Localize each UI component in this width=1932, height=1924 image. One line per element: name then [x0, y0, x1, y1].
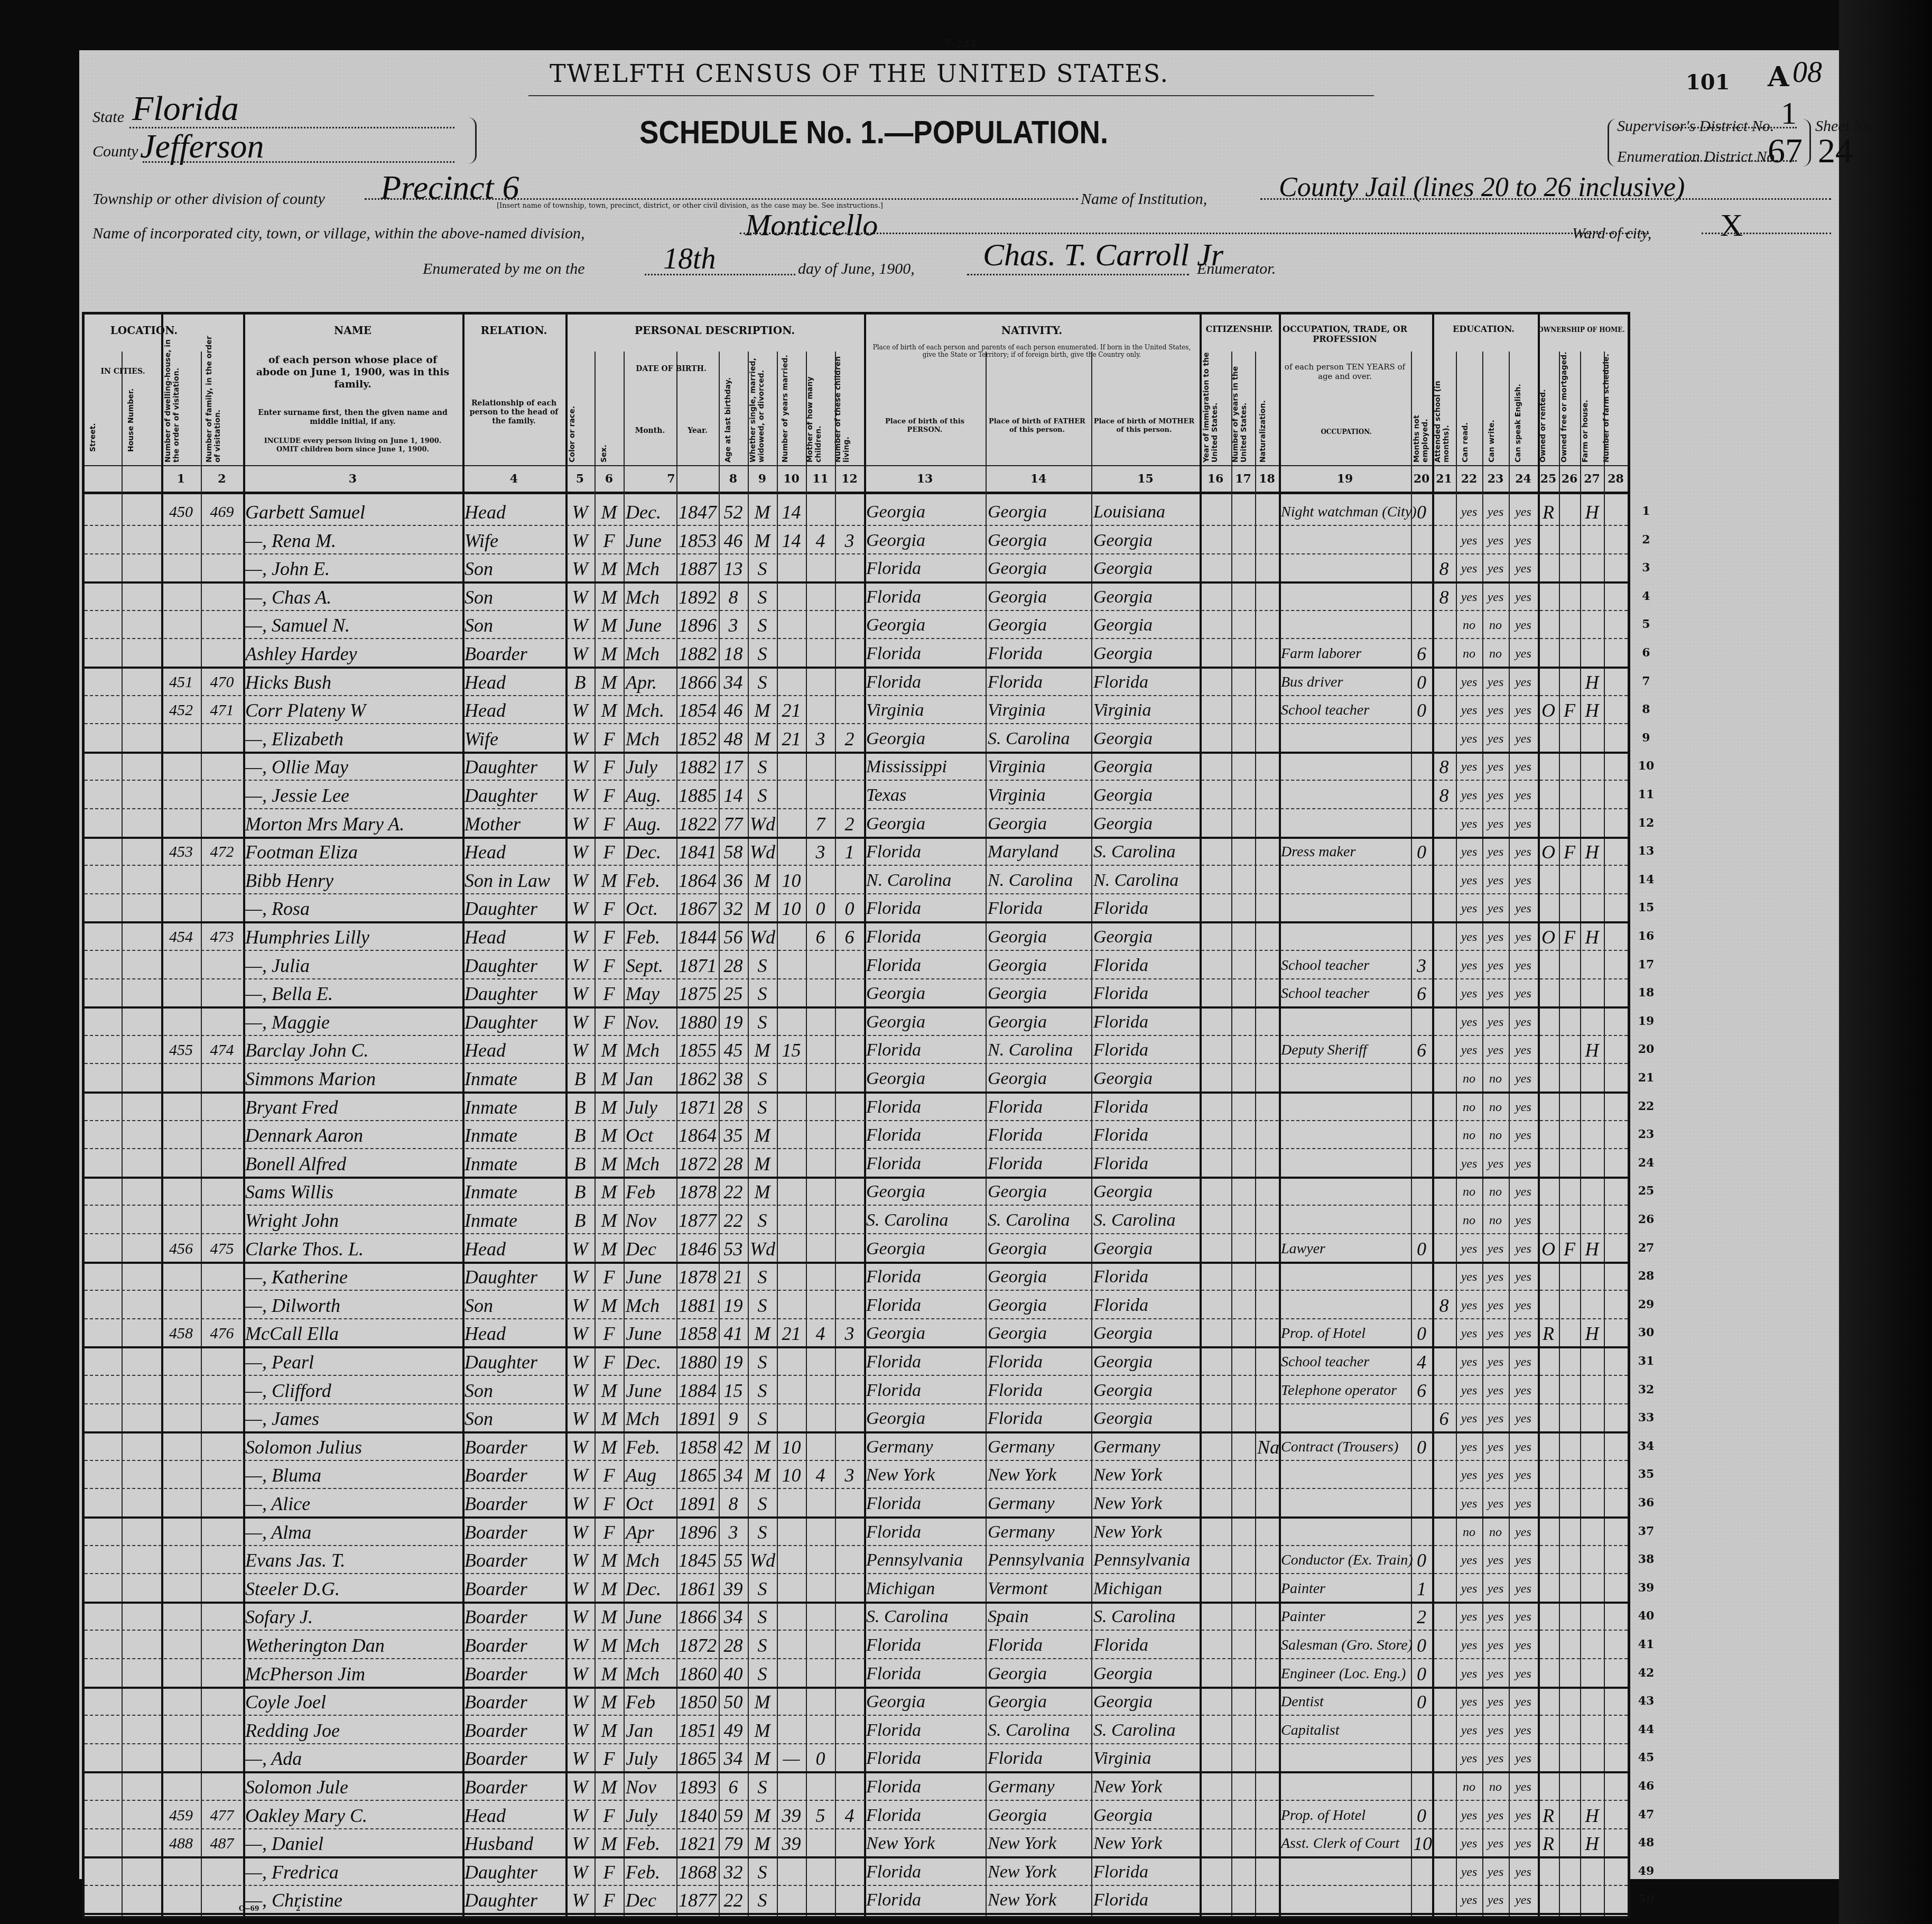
cell-family [203, 553, 241, 581]
cell-living [837, 1432, 862, 1460]
cell-school [1434, 1885, 1454, 1913]
cell-yrs-us [1233, 1403, 1253, 1431]
cell-name: Redding Joe [245, 1715, 460, 1743]
cell-marital: S [750, 1574, 775, 1602]
cell-sex: M [597, 1715, 621, 1743]
line-number: 11 [1633, 788, 1659, 801]
cell-mother-of [808, 1375, 833, 1403]
cell-father-birth: Germany [988, 1432, 1089, 1460]
table-row: Evans Jas. T.BoarderWMMch184555WdPennsyl… [85, 1545, 1628, 1574]
cell-marital: M [750, 497, 775, 525]
cell-mother-birth: N. Carolina [1093, 865, 1197, 893]
line-number: 35 [1633, 1467, 1659, 1481]
line-number: 18 [1633, 986, 1659, 1000]
cell-dwelling: 455 [163, 1035, 199, 1063]
cell-dwelling [163, 1205, 199, 1233]
cell-read: yes [1458, 695, 1480, 723]
cell-mother-of [808, 865, 833, 893]
cell-owned [1540, 865, 1557, 893]
cell-sex: F [597, 978, 621, 1006]
cell-farm-house [1582, 1347, 1602, 1375]
table-row: 458476McCall EllaHeadWFJune185841M2143Ge… [85, 1318, 1628, 1348]
cell-farm-house [1582, 553, 1602, 581]
cell-relation: Daughter [465, 1262, 563, 1290]
cell-color: W [568, 1488, 592, 1516]
cell-school [1434, 1488, 1454, 1516]
cell-read: yes [1458, 1687, 1480, 1715]
cell-dwelling [163, 1149, 199, 1177]
table-row: —, Bella E.DaughterWFMay187525SGeorgiaGe… [85, 978, 1628, 1009]
cell-month: Jan [626, 1715, 674, 1743]
cell-yrs-us [1233, 1063, 1253, 1091]
cell-owned [1540, 809, 1557, 837]
cell-imm [1202, 893, 1229, 921]
cell-year: 1858 [679, 1432, 717, 1460]
cell-father-birth: Georgia [988, 1687, 1089, 1715]
cell-living [837, 1545, 862, 1573]
cell-imm [1202, 1347, 1229, 1375]
cell-living [837, 1772, 862, 1800]
cell-year: 1884 [679, 1375, 717, 1403]
cell-father-birth: Maryland [988, 837, 1089, 865]
cell-owned: O [1540, 1234, 1557, 1262]
cell-read: yes [1458, 1375, 1480, 1403]
table-row: Coyle JoelBoarderWMFeb185050MGeorgiaGeor… [85, 1687, 1628, 1716]
cell-read: yes [1458, 1715, 1480, 1743]
cell-unemployed: 0 [1413, 667, 1430, 695]
header-personal-description: PERSONAL DESCRIPTION. [565, 324, 864, 337]
cell-year: 1822 [679, 809, 717, 837]
cell-imm [1202, 752, 1229, 780]
cell-read: yes [1458, 1602, 1480, 1630]
cell-mother-of [808, 1488, 833, 1516]
cell-english: yes [1511, 1318, 1536, 1346]
cell-name: Morton Mrs Mary A. [245, 809, 460, 837]
form-code: 7-224. [943, 37, 981, 50]
cell-father-birth: Georgia [988, 1659, 1089, 1687]
cell-owned [1540, 1545, 1557, 1573]
cell-father-birth: Georgia [988, 950, 1089, 978]
cell-mother-birth: Georgia [1093, 1177, 1197, 1205]
cell-mother-of [808, 1234, 833, 1262]
table-row: Solomon JuliusBoarderWMFeb.185842M10Germ… [85, 1432, 1628, 1461]
cell-mother-of [808, 1715, 833, 1743]
county-value: Jefferson [140, 127, 264, 166]
cell-read: yes [1458, 1630, 1480, 1658]
cell-imm [1202, 610, 1229, 638]
cell-imm [1202, 667, 1229, 695]
cell-mother-birth: New York [1093, 1488, 1197, 1516]
cell-living [837, 1602, 862, 1630]
cell-yrs-us [1233, 1545, 1253, 1573]
cell-birth: Georgia [866, 525, 983, 553]
cell-read: yes [1458, 497, 1480, 525]
cell-yrs-married [779, 1120, 804, 1148]
cell-owned [1540, 893, 1557, 921]
cell-school [1434, 695, 1454, 723]
cell-write: yes [1484, 950, 1507, 978]
cell-mother-of [808, 950, 833, 978]
cell-occupation [1281, 780, 1409, 808]
cell-year: 1867 [679, 893, 717, 921]
cell-yrs-married [779, 1659, 804, 1687]
cell-birth: Georgia [866, 1177, 983, 1205]
cell-write: yes [1484, 1290, 1507, 1318]
cell-yrs-us [1233, 497, 1253, 525]
cell-year: 1862 [679, 1063, 717, 1091]
cell-color: W [568, 978, 592, 1006]
cell-occupation [1281, 610, 1409, 638]
cell-birth: Georgia [866, 610, 983, 638]
cell-mother-birth: Florida [1093, 1092, 1197, 1120]
cell-name: —, Bluma [245, 1460, 460, 1488]
cell-age: 28 [721, 950, 746, 978]
cell-color: W [568, 1007, 592, 1035]
cell-english: yes [1511, 525, 1536, 553]
cell-relation: Wife [465, 724, 563, 752]
cell-relation: Boarder [465, 1715, 563, 1743]
vh-mother-of: Mother of how many children. [806, 346, 831, 462]
cell-family: 472 [203, 837, 241, 865]
cell-english: yes [1511, 1488, 1536, 1516]
cell-marital: M [750, 865, 775, 893]
cell-read: yes [1458, 1828, 1480, 1856]
cell-dwelling [163, 1092, 199, 1120]
cell-birth: Florida [866, 1375, 983, 1403]
cell-nat [1257, 1574, 1277, 1602]
cell-relation: Inmate [465, 1205, 563, 1233]
cell-age: 34 [721, 667, 746, 695]
cell-relation: Daughter [465, 1007, 563, 1035]
cell-read: yes [1458, 752, 1480, 780]
cell-mother-birth: New York [1093, 1517, 1197, 1545]
cell-nat [1257, 752, 1277, 780]
cell-color: W [568, 1545, 592, 1573]
cell-month: June [626, 1318, 674, 1346]
cell-marital: S [750, 1517, 775, 1545]
table-row: Solomon JuleBoarderWMNov18936SFloridaGer… [85, 1772, 1628, 1801]
cell-year: 1881 [679, 1290, 717, 1318]
vh-can-write: Can write. [1488, 394, 1496, 462]
cell-color: W [568, 1630, 592, 1658]
cell-age: 32 [721, 893, 746, 921]
cell-english: yes [1511, 1517, 1536, 1545]
cell-farm-house [1582, 978, 1602, 1006]
census-title: TWELFTH CENSUS OF THE UNITED STATES. [550, 59, 1169, 88]
cell-school [1434, 610, 1454, 638]
column-number: 25 [1538, 472, 1559, 486]
cell-read: yes [1458, 582, 1480, 610]
enumeration-label: Enumeration District No. [1617, 148, 1779, 166]
column-number: 7 [624, 472, 719, 486]
cell-school [1434, 978, 1454, 1006]
cell-family [203, 1574, 241, 1602]
line-number: 26 [1633, 1213, 1659, 1226]
cell-english: yes [1511, 1063, 1536, 1091]
cell-school [1434, 1092, 1454, 1120]
cell-birth: Florida [866, 1120, 983, 1148]
cell-farm-house [1582, 809, 1602, 837]
cell-month: Feb. [626, 922, 674, 950]
cell-marital: S [750, 582, 775, 610]
day-line [645, 274, 795, 275]
cell-dwelling [163, 1545, 199, 1573]
cell-read: no [1458, 1120, 1480, 1148]
column-number: 2 [201, 472, 243, 486]
cell-relation: Daughter [465, 978, 563, 1006]
cell-read: no [1458, 1517, 1480, 1545]
cell-relation: Inmate [465, 1177, 563, 1205]
state-label: State [92, 108, 124, 126]
cell-mother-of [808, 1630, 833, 1658]
cell-birth: New York [866, 1828, 983, 1856]
cell-mother-birth: Georgia [1093, 1234, 1197, 1262]
enumeration-value: 67 [1768, 131, 1803, 171]
cell-imm [1202, 809, 1229, 837]
cell-name: —, Ollie May [245, 752, 460, 780]
cell-occupation: Salesman (Gro. Store) [1281, 1630, 1409, 1658]
cell-color: W [568, 1743, 592, 1771]
cell-mother-of [808, 1602, 833, 1630]
table-row: 454473Humphries LillyHeadWFFeb.184456Wd6… [85, 922, 1628, 951]
column-number: 12 [835, 472, 864, 486]
cell-imm [1202, 1715, 1229, 1743]
cell-read: yes [1458, 667, 1480, 695]
cell-write: no [1484, 610, 1507, 638]
cell-yrs-us [1233, 1262, 1253, 1290]
cell-english: yes [1511, 752, 1536, 780]
cell-father-birth: Georgia [988, 1063, 1089, 1091]
cell-dwelling [163, 724, 199, 752]
cell-family [203, 1602, 241, 1630]
cell-father-birth: Florida [988, 1375, 1089, 1403]
cell-nat [1257, 1063, 1277, 1091]
cell-month: Aug [626, 1460, 674, 1488]
cell-relation: Boarder [465, 1687, 563, 1715]
cell-sex: F [597, 809, 621, 837]
cell-family [203, 1432, 241, 1460]
cell-farm-house [1582, 865, 1602, 893]
cell-year: 1872 [679, 1149, 717, 1177]
cell-occupation: Dentist [1281, 1687, 1409, 1715]
cell-sex: F [597, 1007, 621, 1035]
column-number: 9 [748, 472, 777, 486]
cell-marital: M [750, 1149, 775, 1177]
cell-marital: S [750, 780, 775, 808]
cell-mortgage [1561, 1715, 1578, 1743]
cell-age: 45 [721, 1035, 746, 1063]
cell-family [203, 1659, 241, 1687]
cell-sex: M [597, 1035, 621, 1063]
cell-nat [1257, 610, 1277, 638]
cell-month: Mch [626, 1630, 674, 1658]
cell-dwelling [163, 893, 199, 921]
cell-name: Corr Plateny W [245, 695, 460, 723]
cell-relation: Son [465, 582, 563, 610]
cell-birth: Georgia [866, 1318, 983, 1346]
cell-relation: Daughter [465, 1857, 563, 1885]
cell-read: no [1458, 1092, 1480, 1120]
cell-family [203, 1149, 241, 1177]
cell-name: Sofary J. [245, 1602, 460, 1630]
cell-dwelling [163, 1063, 199, 1091]
header-occupation: OCCUPATION, TRADE, OR PROFESSION [1279, 324, 1411, 344]
cell-yrs-us [1233, 667, 1253, 695]
line-number: 5 [1633, 617, 1659, 631]
cell-imm [1202, 922, 1229, 950]
cell-living [837, 1035, 862, 1063]
cell-yrs-married [779, 1715, 804, 1743]
cell-birth: Florida [866, 667, 983, 695]
cell-imm [1202, 1602, 1229, 1630]
cell-farm-house: H [1582, 497, 1602, 525]
cell-family [203, 1007, 241, 1035]
cell-name: Clarke Thos. L. [245, 1234, 460, 1262]
cell-write: yes [1484, 1857, 1507, 1885]
line-number: 42 [1633, 1666, 1659, 1680]
cell-mother-of [808, 553, 833, 581]
cell-yrs-married: — [779, 1743, 804, 1771]
vh-house: House Number. [127, 383, 135, 452]
cell-yrs-married [779, 1007, 804, 1035]
cell-occupation [1281, 1403, 1409, 1431]
cell-yrs-married [779, 1488, 804, 1516]
cell-mother-of: 0 [808, 893, 833, 921]
column-number: 4 [462, 472, 565, 486]
vh-naturalization: Naturalization. [1259, 378, 1267, 462]
cell-owned: R [1540, 1828, 1557, 1856]
cell-yrs-married [779, 1234, 804, 1262]
cell-year: 1866 [679, 667, 717, 695]
line-number: 45 [1633, 1751, 1659, 1764]
cell-yrs-married [779, 978, 804, 1006]
cell-nat [1257, 1177, 1277, 1205]
cell-marital: Wd [750, 1545, 775, 1573]
cell-birth: Florida [866, 837, 983, 865]
cell-relation: Boarder [465, 1602, 563, 1630]
cell-sex: F [597, 780, 621, 808]
cell-read: yes [1458, 1347, 1480, 1375]
cell-unemployed: 10 [1413, 1828, 1430, 1856]
cell-yrs-us [1233, 1120, 1253, 1148]
cell-living [837, 1687, 862, 1715]
cell-school [1434, 1149, 1454, 1177]
cell-english: yes [1511, 1715, 1536, 1743]
city-label: Name of incorporated city, town, or vill… [92, 225, 585, 243]
stamp-letter: A [1768, 61, 1789, 93]
cell-age: 59 [721, 1800, 746, 1828]
cell-color: W [568, 893, 592, 921]
cell-school [1434, 1517, 1454, 1545]
cell-write: yes [1484, 1375, 1507, 1403]
cell-read: yes [1458, 1885, 1480, 1913]
cell-imm [1202, 1460, 1229, 1488]
cell-mother-birth: Georgia [1093, 724, 1197, 752]
cell-english: yes [1511, 1885, 1536, 1913]
cell-occupation: Conductor (Ex. Train) [1281, 1545, 1409, 1573]
cell-relation: Daughter [465, 893, 563, 921]
cell-marital: S [750, 1602, 775, 1630]
cell-mother-of [808, 1149, 833, 1177]
cell-marital: M [750, 1715, 775, 1743]
cell-write: no [1484, 1063, 1507, 1091]
cell-yrs-married [779, 553, 804, 581]
cell-unemployed [1413, 1488, 1430, 1516]
cell-yrs-married [779, 1092, 804, 1120]
cell-mortgage [1561, 1375, 1578, 1403]
cell-family [203, 1857, 241, 1885]
cell-name: —, Clifford [245, 1375, 460, 1403]
cell-mother-birth: Florida [1093, 893, 1197, 921]
cell-unemployed [1413, 809, 1430, 837]
cell-family [203, 1715, 241, 1743]
column-number: 22 [1456, 472, 1482, 486]
cell-year: 1841 [679, 837, 717, 865]
cell-farm-house: H [1582, 1828, 1602, 1856]
cell-month: Dec. [626, 497, 674, 525]
cell-mortgage [1561, 724, 1578, 752]
cell-relation: Boarder [465, 639, 563, 667]
cell-unemployed: 0 [1413, 1234, 1430, 1262]
column-number: 16 [1200, 472, 1231, 486]
cell-name: —, Chas A. [245, 582, 460, 610]
cell-yrs-married [779, 1375, 804, 1403]
cell-nat [1257, 1602, 1277, 1630]
cell-family: 470 [203, 667, 241, 695]
cell-imm [1202, 950, 1229, 978]
cell-family [203, 610, 241, 638]
cell-birth: Georgia [866, 978, 983, 1006]
cell-month: June [626, 1375, 674, 1403]
cell-yrs-us [1233, 950, 1253, 978]
cell-name: Steeler D.G. [245, 1574, 460, 1602]
cell-yrs-us [1233, 1574, 1253, 1602]
cell-marital: M [750, 724, 775, 752]
cell-father-birth: Georgia [988, 1800, 1089, 1828]
cell-nat [1257, 1659, 1277, 1687]
cell-dwelling [163, 1007, 199, 1035]
line-number: 1 [1633, 504, 1659, 518]
column-number: 27 [1580, 472, 1604, 486]
cell-mother-birth: Georgia [1093, 1659, 1197, 1687]
cell-year: 1846 [679, 1234, 717, 1262]
cell-sex: M [597, 865, 621, 893]
cell-sex: M [597, 1120, 621, 1148]
cell-dwelling: 452 [163, 695, 199, 723]
cell-imm [1202, 1092, 1229, 1120]
header-rule [85, 465, 1628, 466]
cell-imm [1202, 1545, 1229, 1573]
cell-english: yes [1511, 1347, 1536, 1375]
cell-year: 1852 [679, 724, 717, 752]
cell-mortgage: F [1561, 922, 1578, 950]
cell-yrs-us [1233, 1347, 1253, 1375]
cell-english: yes [1511, 1659, 1536, 1687]
table-row: —, MaggieDaughterWFNov.188019SGeorgiaGeo… [85, 1007, 1628, 1036]
cell-farm-house: H [1582, 922, 1602, 950]
cell-occupation [1281, 1092, 1409, 1120]
cell-birth: Florida [866, 1262, 983, 1290]
cell-farm-house [1582, 1659, 1602, 1687]
cell-age: 40 [721, 1659, 746, 1687]
cell-occupation: Capitalist [1281, 1715, 1409, 1743]
cell-marital: S [750, 1488, 775, 1516]
cell-mortgage [1561, 553, 1578, 581]
cell-write: yes [1484, 1432, 1507, 1460]
cell-imm [1202, 1403, 1229, 1431]
cell-mother-of [808, 1574, 833, 1602]
cell-month: June [626, 610, 674, 638]
